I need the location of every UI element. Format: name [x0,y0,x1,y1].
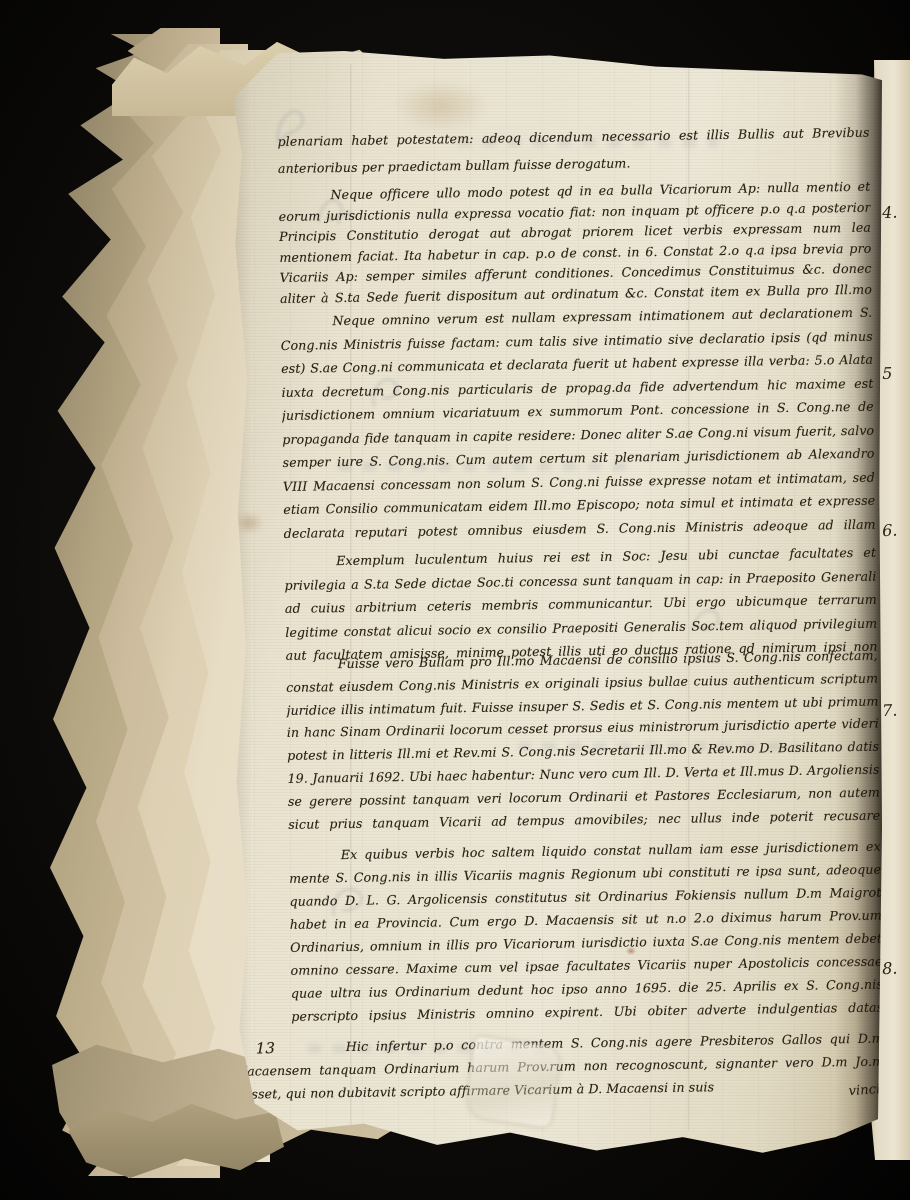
paragraph-13-text: Hic infertur p.o contra mentem S. Cong.n… [234,1027,885,1106]
paragraph-8-text: Neque officere ullo modo potest qd in ea… [278,177,872,313]
margin-number-13: 13 [256,1037,276,1060]
opening-text: plenariam habet potestatem: adeoq dicend… [277,119,870,182]
paragraph-12: 12. Ex quibus verbis hoc saltem liquido … [289,835,884,1032]
handwritten-text-column: plenariam habet potestatem: adeoq dicend… [276,33,886,1164]
paragraph-13: 13 Hic infertur p.o contra mentem S. Con… [234,1027,885,1106]
torn-page-edge-layer-1 [50,34,202,1176]
photograph-background: 14. 15 16. 17. 18. [0,0,910,1200]
torn-paper-scrap-bottom-2 [64,1100,284,1178]
paragraph-12-text: Ex quibus verbis hoc saltem liquido cons… [289,835,884,1032]
paragraph-11-text: Fuisse vero Bullam pro Ill.mo Macaensi d… [286,645,881,840]
paragraph-11: 11. Fuisse vero Bullam pro Ill.mo Macaen… [286,645,881,840]
manuscript-page: plenariam habet potestatem: adeoq dicend… [218,42,882,1164]
torn-page-edge-layer-3 [128,44,248,1166]
paragraph-9-text: Neque omnino verum est nullam expressam … [280,301,876,550]
torn-page-edge-layer-2 [88,28,220,1178]
paragraph-9: 9.° Neque omnino verum est nullam expres… [280,301,876,550]
opening-lines: plenariam habet potestatem: adeoq dicend… [277,119,870,182]
paper-stain [234,512,264,534]
paragraph-8: 8 Neque officere ullo modo potest qd in … [278,177,872,313]
